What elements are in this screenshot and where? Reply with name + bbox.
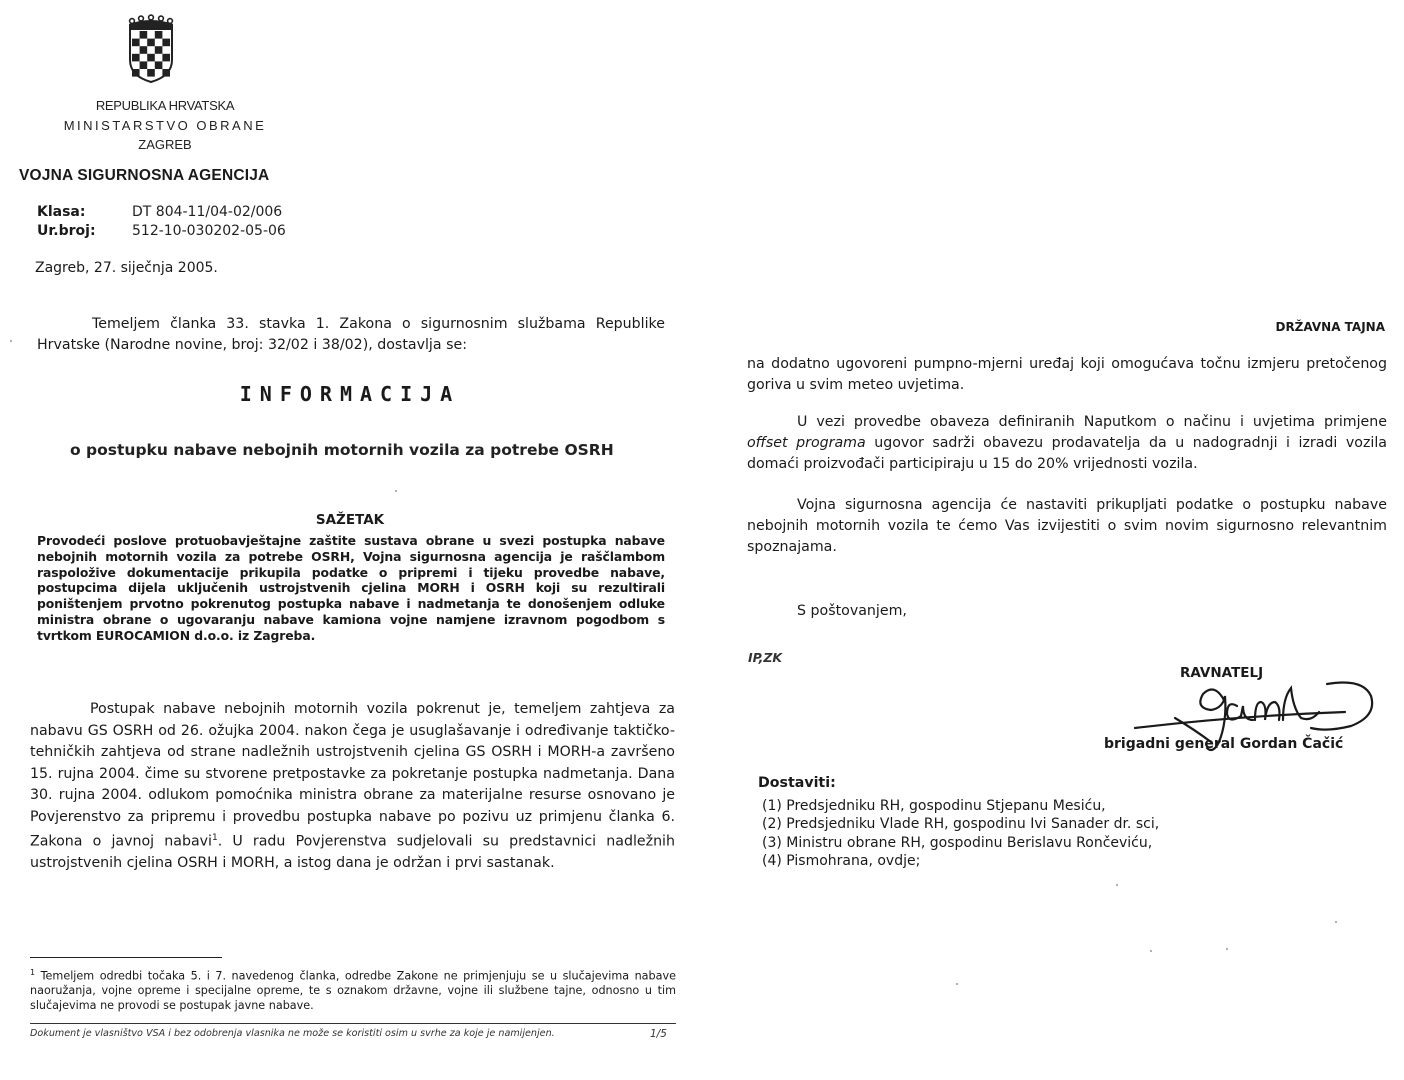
footnote-marker: 1 <box>30 968 35 977</box>
document-page-5: DRŽAVNA TAJNA na dodatno ugovoreni pumpn… <box>700 0 1404 1080</box>
footnote-text: Temeljem odredbi točaka 5. i 7. navedeno… <box>30 970 676 1012</box>
distribution-heading: Dostaviti: <box>758 775 836 791</box>
klasa-value: DT 804-11/04-02/006 <box>132 203 282 222</box>
scan-speck <box>1335 921 1337 923</box>
followup-paragraph: Vojna sigurnosna agencija će nastaviti p… <box>747 495 1387 558</box>
letterhead-republic: REPUBLIKA HRVATSKA <box>40 98 290 113</box>
scan-speck <box>1150 950 1152 952</box>
document-subtitle: o postupku nabave nebojnih motornih vozi… <box>70 441 614 459</box>
summary-text: Provodeći poslove protuobavještajne zašt… <box>37 533 665 644</box>
continuation-paragraph: na dodatno ugovoreni pumpno-mjerni uređa… <box>747 354 1387 396</box>
scan-speck <box>1116 884 1118 886</box>
urbroj-value: 512-10-030202-05-06 <box>132 222 286 241</box>
summary-heading: SAŽETAK <box>0 512 700 528</box>
author-initials: IP,ZK <box>748 650 782 665</box>
intro-paragraph: Temeljem članka 33. stavka 1. Zakona o s… <box>37 314 665 355</box>
letterhead-ministry: MINISTARSTVO OBRANE <box>30 118 300 133</box>
scan-speck <box>10 340 12 342</box>
body-paragraph: Postupak nabave nebojnih motornih vozila… <box>30 699 675 875</box>
distribution-list: (1) Predsjedniku RH, gospodinu Stjepanu … <box>762 797 1159 870</box>
distribution-item: (2) Predsjedniku Vlade RH, gospodinu Ivi… <box>762 815 1159 833</box>
signatory-name: brigadni general Gordan Čačić <box>1104 736 1343 752</box>
coat-of-arms-icon <box>126 14 176 84</box>
scan-speck <box>1226 948 1228 950</box>
distribution-item: (3) Ministru obrane RH, gospodinu Berisl… <box>762 834 1159 852</box>
urbroj-label: Ur.broj: <box>37 222 132 241</box>
distribution-item: (4) Pismohrana, ovdje; <box>762 852 1159 870</box>
footnote-separator <box>30 957 222 958</box>
agency-name: VOJNA SIGURNOSNA AGENCIJA <box>19 167 269 185</box>
footer-rule <box>30 1023 676 1024</box>
footnote: 1 Temeljem odredbi točaka 5. i 7. navede… <box>30 966 676 1014</box>
classification-label: DRŽAVNA TAJNA <box>1275 320 1385 334</box>
reference-block: Klasa: DT 804-11/04-02/006 Ur.broj: 512-… <box>37 203 286 241</box>
offset-paragraph: U vezi provedbe obaveza definiranih Napu… <box>747 412 1387 475</box>
footer-disclaimer: Dokument je vlasništvo VSA i bez odobren… <box>30 1028 555 1039</box>
klasa-label: Klasa: <box>37 203 132 222</box>
page-number: 1/5 <box>650 1028 667 1040</box>
place-date: Zagreb, 27. siječnja 2005. <box>35 260 218 276</box>
scan-speck <box>956 983 958 985</box>
scan-speck <box>395 490 397 492</box>
letterhead-city: ZAGREB <box>40 137 290 152</box>
document-page-1: REPUBLIKA HRVATSKA MINISTARSTVO OBRANE Z… <box>0 0 700 1080</box>
document-title: INFORMACIJA <box>0 382 700 406</box>
distribution-item: (1) Predsjedniku RH, gospodinu Stjepanu … <box>762 797 1159 815</box>
closing-salutation: S poštovanjem, <box>797 603 907 619</box>
